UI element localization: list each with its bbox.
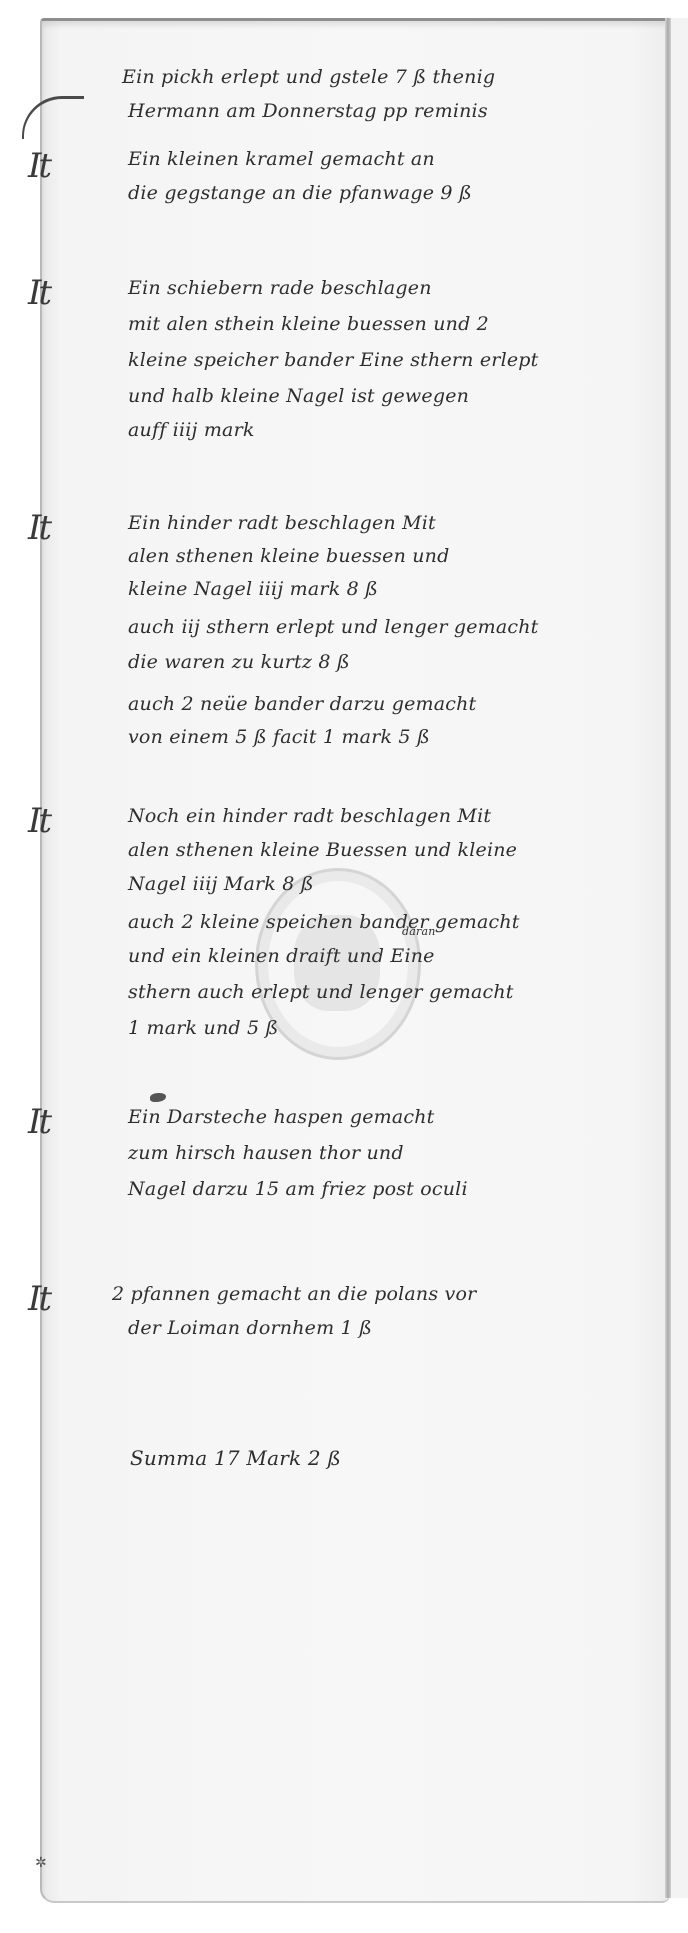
entry-line: auch 2 kleine speichen bander gemacht — [128, 911, 520, 933]
entry-line: 1 mark und 5 ß — [128, 1017, 278, 1039]
item-marker: It — [28, 801, 49, 841]
entry-line: auch iij sthern erlept und lenger gemach… — [128, 616, 539, 638]
item-marker: It — [28, 508, 49, 548]
facing-page-edge — [671, 18, 688, 1898]
entry-line: auff iiij mark — [128, 419, 255, 441]
flourish-mark — [22, 96, 84, 139]
entry-line: Ein pickh erlept und gstele 7 ß thenig — [122, 66, 495, 88]
entry-line: die gegstange an die pfanwage 9 ß — [128, 182, 472, 204]
entry-line: zum hirsch hausen thor und — [128, 1142, 404, 1164]
entry-line: Ein kleinen kramel gemacht an — [128, 148, 435, 170]
item-marker: It — [28, 146, 49, 186]
entry-line: von einem 5 ß facit 1 mark 5 ß — [128, 726, 430, 748]
entry-line: kleine speicher bander Eine sthern erlep… — [128, 349, 539, 371]
entry-line: Nagel iiij Mark 8 ß — [128, 873, 314, 895]
entry-line: Ein Darsteche haspen gemacht — [128, 1106, 435, 1128]
page-total: Summa 17 Mark 2 ß — [130, 1446, 341, 1470]
entry-line: und ein kleinen draift und Eine — [128, 945, 435, 967]
entry-line: mit alen sthein kleine buessen und 2 — [128, 313, 489, 335]
item-marker: It — [28, 1102, 49, 1142]
entry-line: und halb kleine Nagel ist gewegen — [128, 385, 469, 407]
interlinear-insertion: daran — [402, 925, 436, 938]
entry-line: 2 pfannen gemacht an die polans vor — [112, 1283, 476, 1305]
entry-line: Ein schiebern rade beschlagen — [128, 277, 432, 299]
entry-line: der Loiman dornhem 1 ß — [128, 1317, 372, 1339]
entry-line: Ein hinder radt beschlagen Mit — [128, 512, 436, 534]
entry-line: Noch ein hinder radt beschlagen Mit — [128, 805, 491, 827]
entry-line: sthern auch erlept und lenger gemacht — [128, 981, 514, 1003]
entry-line: alen sthenen kleine Buessen und kleine — [128, 839, 517, 861]
entry-line: die waren zu kurtz 8 ß — [128, 651, 350, 673]
entry-line: Nagel darzu 15 am friez post oculi — [128, 1178, 468, 1200]
foliation-mark-icon: ✲ — [35, 1855, 47, 1871]
entry-line: kleine Nagel iiij mark 8 ß — [128, 578, 378, 600]
entry-line: Hermann am Donnerstag pp reminis — [128, 100, 488, 122]
item-marker: It — [28, 273, 49, 313]
entry-line: alen sthenen kleine buessen und — [128, 545, 449, 567]
entry-line: auch 2 neüe bander darzu gemacht — [128, 693, 476, 715]
item-marker: It — [28, 1279, 49, 1319]
